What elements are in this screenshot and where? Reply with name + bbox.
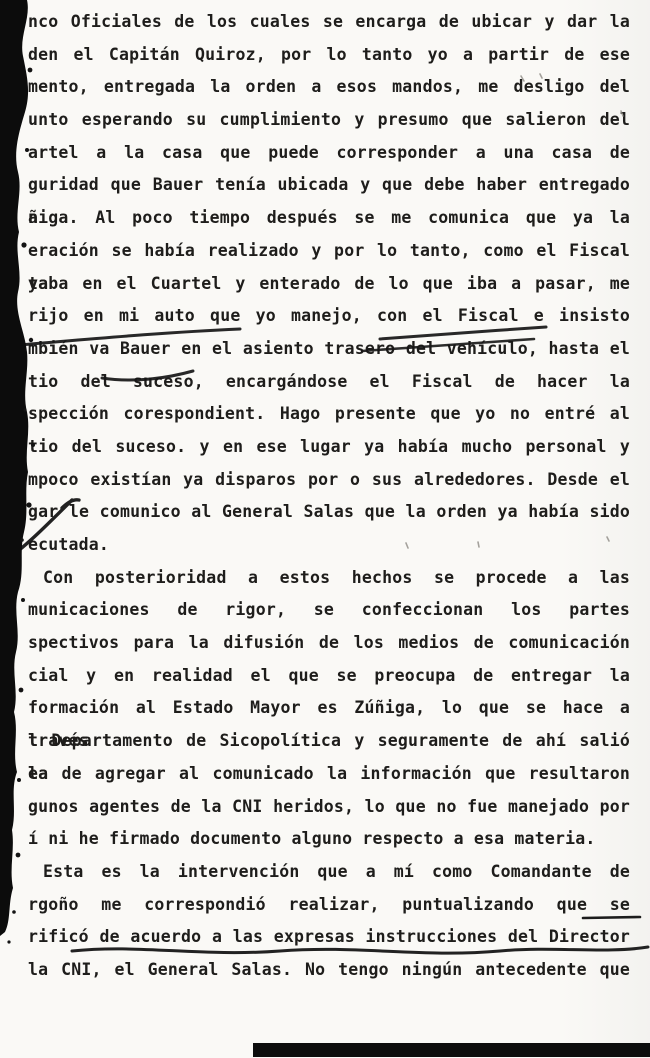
text-line: rificó de acuerdo a las expresas instruc… bbox=[28, 921, 630, 954]
text-line: mbién va Bauer en el asiento trasero del… bbox=[28, 333, 630, 366]
text-line: la CNI, el General Salas. No tengo ningú… bbox=[28, 954, 630, 987]
text-line: mpoco existían ya disparos por o sus alr… bbox=[28, 464, 630, 497]
text-line: í ni he firmado documento alguno respect… bbox=[28, 823, 630, 856]
text-line: den el Capitán Quiroz, por lo tanto yo a… bbox=[28, 39, 630, 72]
scanned-document-page: nco Oficiales de los cuales se encarga d… bbox=[0, 0, 650, 1058]
document-body: nco Oficiales de los cuales se encarga d… bbox=[28, 6, 630, 987]
text-line: nco Oficiales de los cuales se encarga d… bbox=[28, 6, 630, 39]
text-line: spectivos para la difusión de los medios… bbox=[28, 627, 630, 660]
text-line: gunos agentes de la CNI heridos, lo que … bbox=[28, 791, 630, 824]
text-line: mento, entregada la orden a esos mandos,… bbox=[28, 71, 630, 104]
text-line: l Departamento de Sicopolítica y seguram… bbox=[28, 725, 630, 758]
text-line: Con posterioridad a estos hechos se proc… bbox=[28, 562, 630, 595]
text-line: Esta es la intervención que a mí como Co… bbox=[28, 856, 630, 889]
text-line: eración se había realizado y por lo tant… bbox=[28, 235, 630, 268]
text-line: spección corespondient. Hago presente qu… bbox=[28, 398, 630, 431]
text-line: unto esperando su cumplimiento y presumo… bbox=[28, 104, 630, 137]
text-line: ñiga. Al poco tiempo después se me comun… bbox=[28, 202, 630, 235]
text-line: artel a la casa que puede corresponder a… bbox=[28, 137, 630, 170]
text-line: tio del suceso. y en ese lugar ya había … bbox=[28, 431, 630, 464]
text-line: ea de agregar al comunicado la informaci… bbox=[28, 758, 630, 791]
text-line: guridad que Bauer tenía ubicada y que de… bbox=[28, 169, 630, 202]
text-line: formación al Estado Mayor es Zúñiga, lo … bbox=[28, 692, 630, 725]
text-line: rijo en mi auto que yo manejo, con el Fi… bbox=[28, 300, 630, 333]
text-line: tio del suceso, encargándose el Fiscal d… bbox=[28, 366, 630, 399]
text-line: cial y en realidad el que se preocupa de… bbox=[28, 660, 630, 693]
scan-artifact-bottom-bar bbox=[253, 1043, 650, 1057]
text-line: gar le comunico al General Salas que la … bbox=[28, 496, 630, 529]
text-line: municaciones de rigor, se confeccionan l… bbox=[28, 594, 630, 627]
text-line: rgoño me correspondió realizar, puntuali… bbox=[28, 889, 630, 922]
text-line: taba en el Cuartel y enterado de lo que … bbox=[28, 268, 630, 301]
text-line: ecutada. bbox=[28, 529, 630, 562]
scan-artifact-left-band bbox=[0, 0, 28, 936]
